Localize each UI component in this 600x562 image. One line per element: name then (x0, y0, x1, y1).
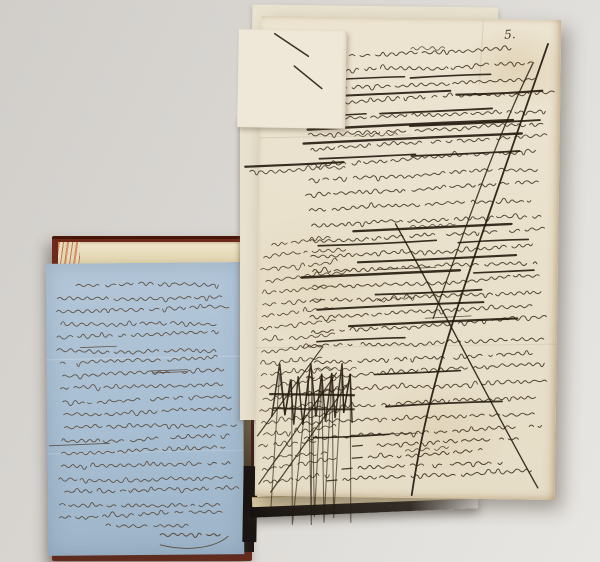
strikethrough (411, 73, 491, 79)
strikethrough (318, 239, 436, 248)
dialogue-line (377, 436, 523, 449)
text-line (303, 335, 543, 351)
margin-note-line (263, 285, 333, 295)
dialogue-line (343, 467, 531, 483)
text-line (305, 178, 538, 201)
photo-background: 5. (0, 0, 600, 562)
signature-flourish (160, 536, 228, 548)
blue-letter-sheet (46, 262, 245, 556)
text-line (314, 348, 532, 367)
strikethrough (458, 239, 528, 244)
letter-line (64, 422, 236, 429)
page-number: 5. (503, 27, 515, 42)
letter-line (59, 476, 232, 483)
letter-line (61, 320, 223, 328)
strikethrough (380, 107, 492, 115)
letter-line (76, 281, 218, 289)
underline (425, 315, 471, 319)
strikethrough (304, 130, 522, 146)
cancel-diagonal (433, 62, 533, 319)
strikethrough (317, 336, 405, 343)
margin-note-line (261, 257, 338, 271)
text-line (309, 196, 531, 214)
letter-line (62, 368, 231, 379)
pen-stroke (274, 34, 308, 57)
letter-line (59, 510, 222, 520)
letter-line (57, 347, 221, 354)
strikethrough (245, 161, 343, 168)
dialogue-dash (352, 445, 362, 446)
underline (49, 443, 109, 446)
book-deckle-speckle (58, 242, 80, 266)
overlay-pen-strokes (237, 29, 347, 129)
letter-line (65, 486, 239, 494)
margin-note-line (259, 319, 335, 331)
letter-line (57, 304, 229, 313)
letter-line (63, 395, 231, 405)
margin-note-line (264, 247, 346, 259)
letter-line (62, 434, 229, 443)
overlapping-sheet-corner (237, 29, 347, 129)
fold-crease (47, 450, 243, 454)
pen-stroke (294, 66, 322, 88)
letter-line (60, 501, 220, 508)
margin-note-line (263, 298, 321, 307)
letter-line (64, 407, 232, 416)
letter-line (106, 523, 188, 528)
interline-insertion (405, 446, 448, 452)
underline (80, 346, 116, 347)
signature-flourish (160, 533, 220, 538)
strikethrough (474, 269, 534, 273)
letter-line (61, 461, 230, 470)
letter-line (57, 295, 221, 302)
margin-note-line (261, 366, 334, 377)
dialogue-dash (352, 457, 362, 458)
scribble-cancel (274, 408, 354, 410)
letter-line (60, 383, 223, 391)
blue-letter-handwriting (46, 262, 245, 556)
scribble-cancel (270, 394, 354, 395)
text-line (312, 312, 552, 336)
text-line (310, 288, 541, 305)
margin-note-line (262, 332, 334, 342)
letter-line (57, 330, 218, 339)
dialogue-line (358, 460, 502, 471)
